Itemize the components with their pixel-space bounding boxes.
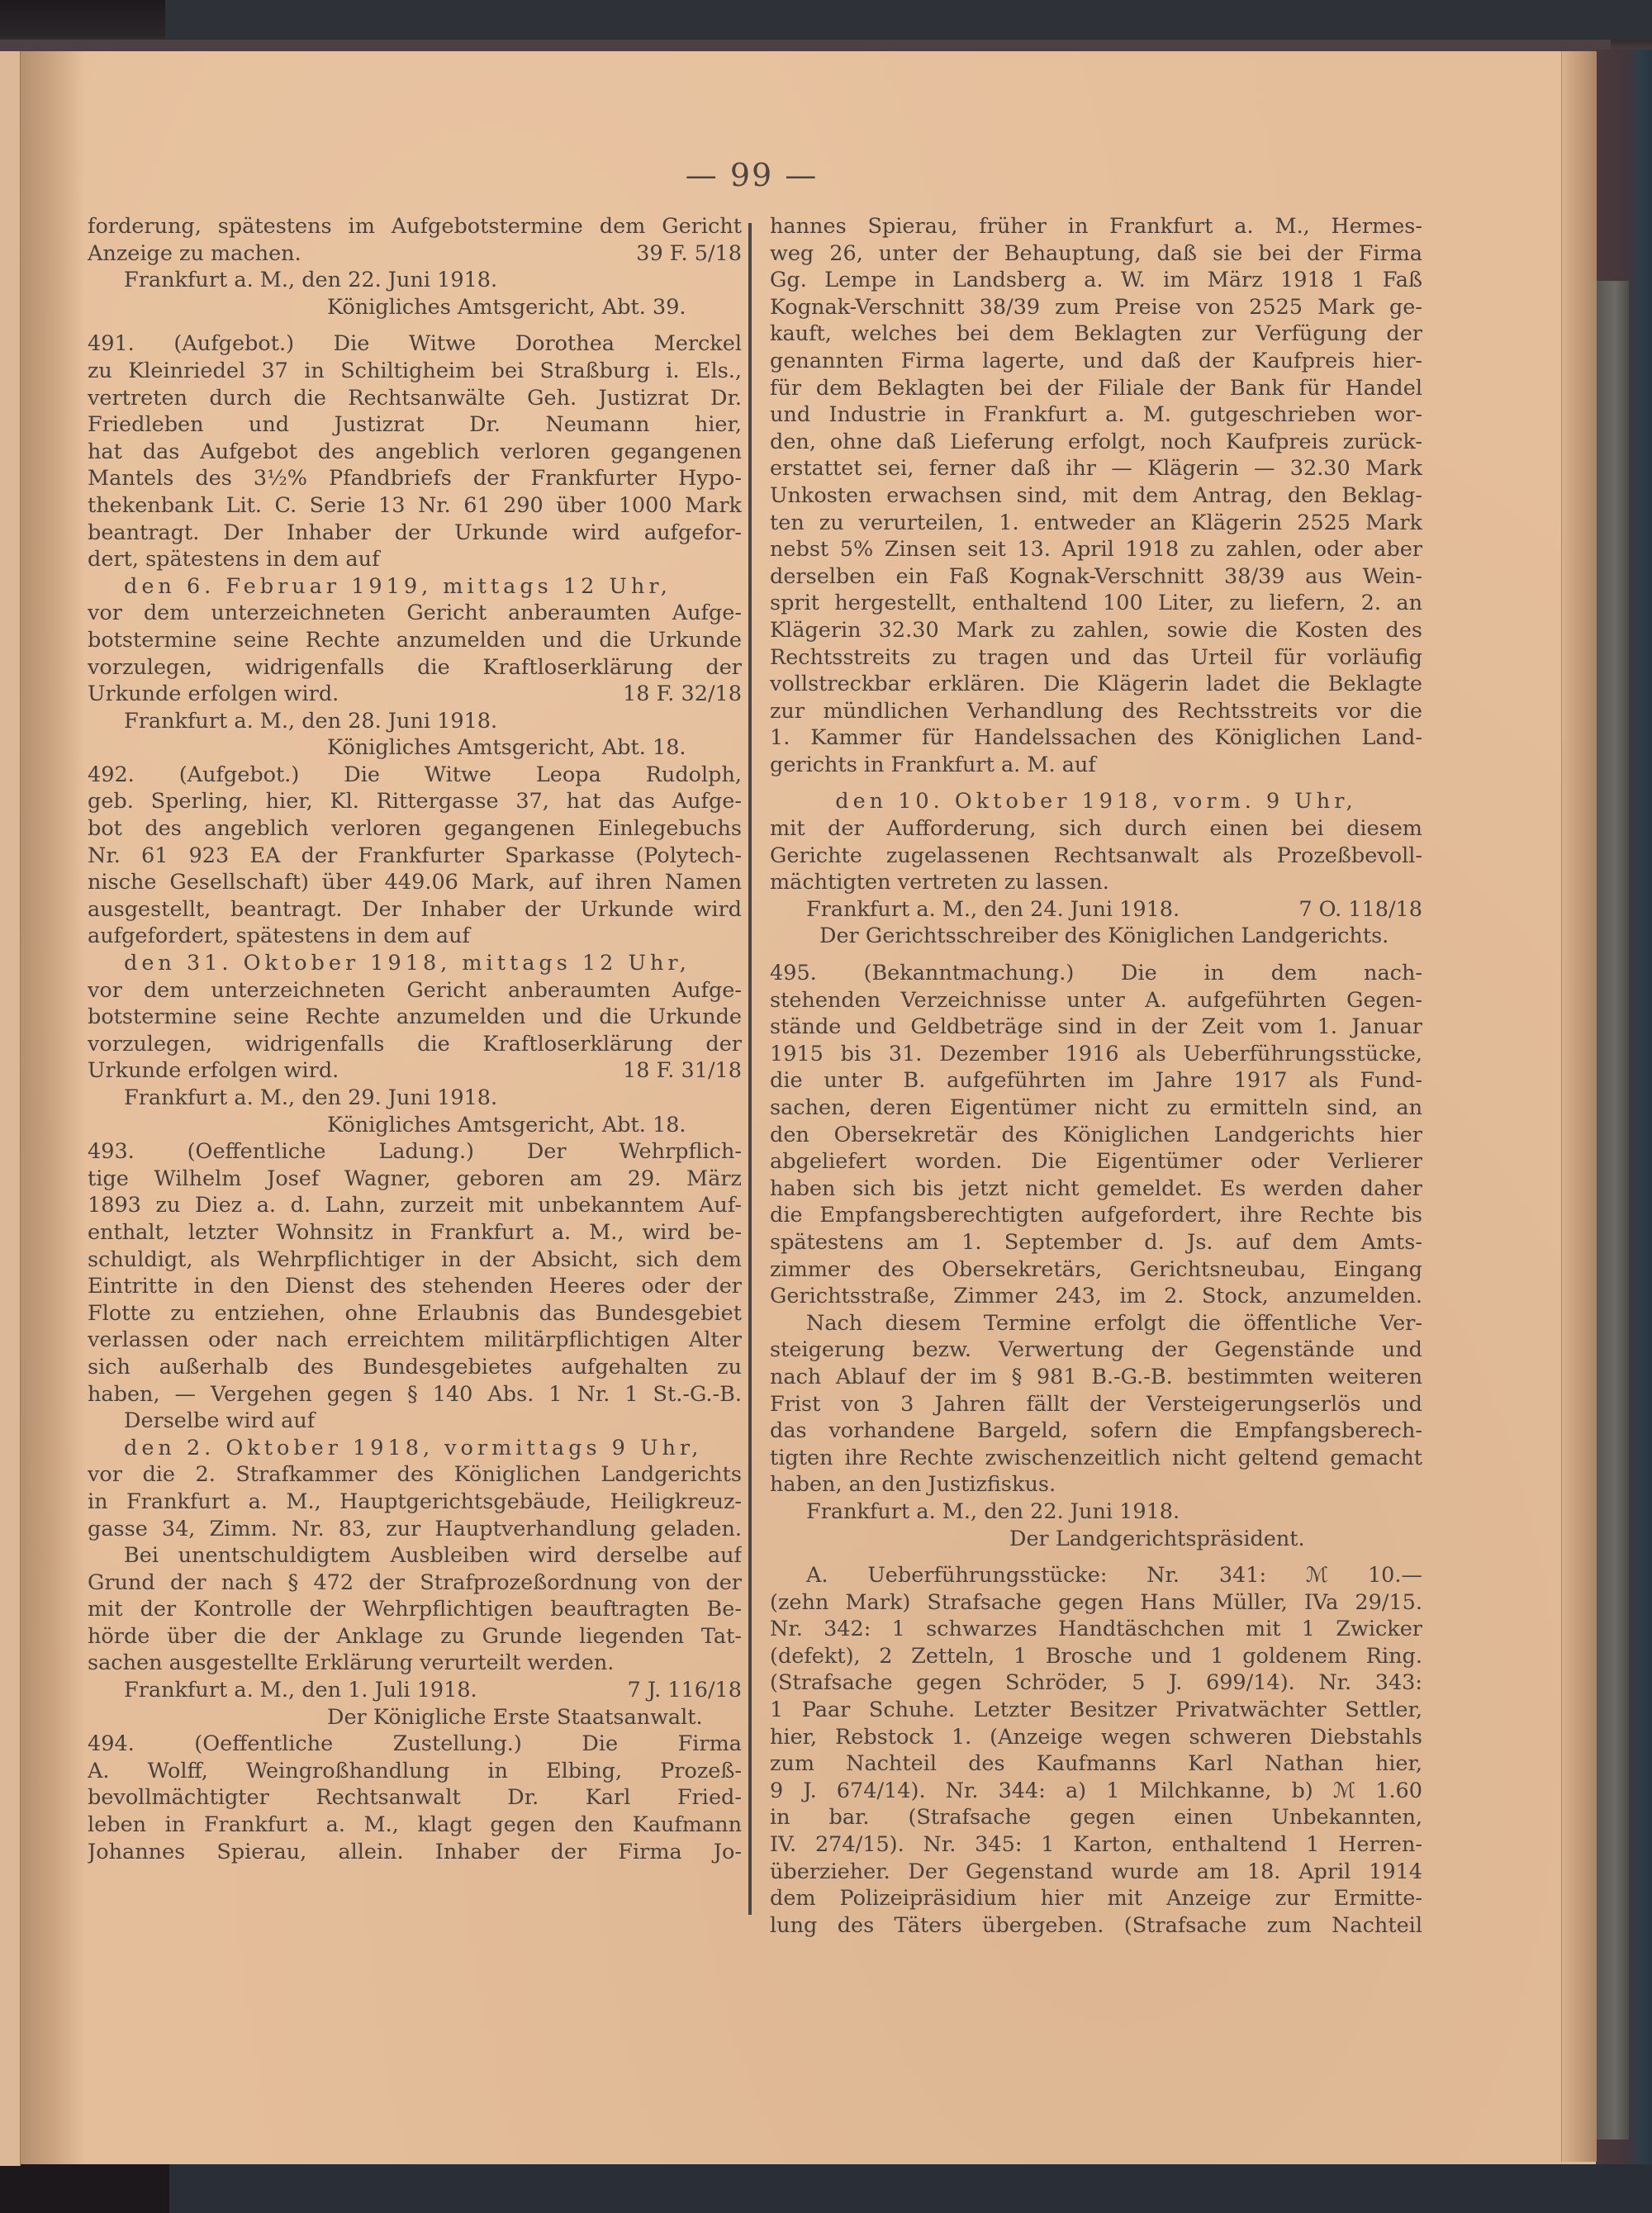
text-line: Urkunde erfolgen wird. (88, 681, 339, 708)
text-line: hat das Aufgebot des angeblich verloren … (88, 439, 742, 466)
page-fold-shadow (20, 51, 86, 2164)
text-line: ausgestellt, beantragt. Der Inhaber der … (88, 896, 742, 924)
text-line-with-ref: Urkunde erfolgen wird. 18 F. 31/18 (88, 1057, 742, 1085)
page-number: — 99 — (644, 157, 859, 193)
text-line: bevollmächtigter Rechtsanwalt Dr. Karl F… (88, 1784, 742, 1812)
text-line: botstermine seine Rechte anzumelden und … (88, 627, 742, 654)
text-line: nach Ablauf der im § 981 B.-G.-B. bestim… (770, 1364, 1422, 1391)
text-line: 1915 bis 31. Dezember 1916 als Ueberführ… (770, 1041, 1422, 1068)
text-line: Gerichtsstraße, Zimmer 243, im 2. Stock,… (770, 1283, 1422, 1310)
text-line: dem Polizeipräsidium hier mit Anzeige zu… (770, 1885, 1422, 1912)
place-date: Frankfurt a. M., den 22. Juni 1918. (770, 1498, 1422, 1526)
binding-board-right (1596, 281, 1629, 2139)
text-line: mächtigten vertreten zu lassen. (770, 869, 1422, 896)
text-line: leben in Frankfurt a. M., klagt gegen de… (88, 1812, 742, 1839)
text-line: haben, — Vergehen gegen § 140 Abs. 1 Nr.… (88, 1381, 742, 1408)
text-line: Nach diesem Termine erfolgt die öffentli… (770, 1310, 1422, 1337)
text-line: nebst 5% Zinsen seit 13. April 1918 zu z… (770, 536, 1422, 563)
text-line: derselben ein Faß Kognak-Verschnitt 38/3… (770, 563, 1422, 591)
text-line: die Empfangsberechtigten aufgefordert, i… (770, 1202, 1422, 1229)
hearing-date: den 2. Oktober 1918, vormittags 9 Uhr, (88, 1435, 742, 1462)
text-line: mit der Kontrolle der Wehrpflichtigen be… (88, 1596, 742, 1623)
text-line: weg 26, unter der Behauptung, daß sie be… (770, 240, 1422, 268)
text-line: erstattet sei, ferner daß ihr — Klägerin… (770, 455, 1422, 482)
hearing-date: den 10. Oktober 1918, vorm. 9 Uhr, (770, 788, 1422, 815)
notice-492: 492. (Aufgebot.) Die Witwe Leopa Rudolph… (88, 762, 742, 1138)
text-line: genannten Firma lagerte, und daß der Kau… (770, 348, 1422, 375)
text-line: beantragt. Der Inhaber der Urkunde wird … (88, 520, 742, 547)
text-line: vertreten durch die Rechtsanwälte Geh. J… (88, 385, 742, 412)
notice-491: 491. (Aufgebot.) Die Witwe Dorothea Merc… (88, 330, 742, 762)
text-line: A. Wolff, Weingroßhandlung in Elbing, Pr… (88, 1758, 742, 1785)
place-date: Frankfurt a. M., den 22. Juni 1918. (88, 267, 742, 294)
book-cover-bottom-left (0, 2164, 169, 2213)
text-line: Rechtsstreits zu tragen und das Urteil f… (770, 644, 1422, 672)
text-line: stände und Geldbeträge sind in der Zeit … (770, 1014, 1422, 1041)
text-line: zur mündlichen Verhandlung des Rechtsstr… (770, 698, 1422, 725)
notice-494: 494. (Oeffentliche Zustellung.) Die Firm… (88, 1731, 742, 1865)
text-line: sachen, deren Eigentümer nicht zu ermitt… (770, 1095, 1422, 1122)
signature: Königliches Amtsgericht, Abt. 18. (88, 1112, 742, 1139)
text-line: das vorhandene Bargeld, sofern die Empfa… (770, 1418, 1422, 1445)
text-line: Johannes Spierau, allein. Inhaber der Fi… (88, 1839, 742, 1866)
text-line: Gerichte zugelassenen Rechtsanwalt als P… (770, 843, 1422, 870)
signature: Königliches Amtsgericht, Abt. 39. (88, 294, 742, 321)
text-line: zu Kleinriedel 37 in Schiltigheim bei St… (88, 358, 742, 385)
signature: Königliches Amtsgericht, Abt. 18. (88, 734, 742, 762)
text-line: sich außerhalb des Bundesgebietes aufgeh… (88, 1354, 742, 1381)
text-line: aufgefordert, spätestens in dem auf (88, 923, 742, 950)
signature: Der Landgerichtspräsident. (770, 1526, 1422, 1553)
text-line: lung des Täters übergeben. (Strafsache z… (770, 1912, 1422, 1940)
text-line: Unkosten erwachsen sind, mit dem Antrag,… (770, 482, 1422, 510)
text-line: 1 Paar Schuhe. Letzter Besitzer Privatwä… (770, 1697, 1422, 1724)
text-line: die unter B. aufgeführten im Jahre 1917 … (770, 1067, 1422, 1095)
text-line: zimmer des Obersekretärs, Gerichtsneubau… (770, 1256, 1422, 1284)
file-reference: 7 J. 116/18 (628, 1677, 743, 1704)
text-line: schuldigt, als Wehrpflichtiger in der Ab… (88, 1247, 742, 1274)
text-line: überzieher. Der Gegenstand wurde am 18. … (770, 1859, 1422, 1886)
column-divider (748, 223, 752, 1915)
file-reference: 18 F. 32/18 (623, 681, 742, 708)
left-column: forderung, spätestens im Aufgebotstermin… (88, 213, 742, 1865)
notice-heading-line: 492. (Aufgebot.) Die Witwe Leopa Rudolph… (88, 762, 742, 789)
text-line: 1. Kammer für Handelssachen des Königlic… (770, 724, 1422, 752)
text-line: verlassen oder nach erreichtem militärpf… (88, 1327, 742, 1354)
text-line: Derselbe wird auf (88, 1408, 742, 1435)
text-line: Flotte zu entziehen, ohne Erlaubnis das … (88, 1300, 742, 1327)
text-line: steigerung bezw. Verwertung der Gegenstä… (770, 1337, 1422, 1364)
text-line: Nr. 61 923 EA der Frankfurter Sparkasse … (88, 843, 742, 870)
text-line: vorzulegen, widrigenfalls die Kraftloser… (88, 1031, 742, 1058)
text-line: vor dem unterzeichneten Gericht anberaum… (88, 977, 742, 1004)
signature: Der Gerichtsschreiber des Königlichen La… (770, 923, 1422, 950)
text-line: vorzulegen, widrigenfalls die Kraftloser… (88, 654, 742, 681)
text-line: spätestens am 1. September d. Js. auf de… (770, 1229, 1422, 1256)
notice-493: 493. (Oeffentliche Ladung.) Der Wehrpfli… (88, 1138, 742, 1731)
page-edge-stack (1561, 51, 1597, 2162)
text-line: tige Wilhelm Josef Wagner, geboren am 29… (88, 1166, 742, 1193)
file-reference: 7 O. 118/18 (1298, 896, 1422, 924)
text-line: und Industrie in Frankfurt a. M. gutgesc… (770, 401, 1422, 429)
hearing-date: den 6. Februar 1919, mittags 12 Uhr, (88, 573, 742, 601)
text-line: haben, an den Justizfiskus. (770, 1471, 1422, 1498)
text-line: mit der Aufforderung, sich durch einen b… (770, 815, 1422, 843)
text-line: Mantels des 3½% Pfandbriefs der Frankfur… (88, 465, 742, 492)
book-cover-top-cloth (165, 0, 1652, 40)
text-line: zum Nachteil des Kaufmanns Karl Nathan h… (770, 1750, 1422, 1778)
text-line: geb. Sperling, hier, Kl. Rittergasse 37,… (88, 788, 742, 815)
place-date-with-ref: Frankfurt a. M., den 1. Juli 1918. 7 J. … (88, 1677, 742, 1704)
text-line: Nr. 342: 1 schwarzes Handtäschchen mit 1… (770, 1616, 1422, 1643)
book-cover-bottom (0, 2164, 1652, 2213)
text-line: den, ohne daß Lieferung erfolgt, noch Ka… (770, 429, 1422, 456)
text-line-with-ref: Urkunde erfolgen wird. 18 F. 32/18 (88, 681, 742, 708)
text-line: stehenden Verzeichnisse unter A. aufgefü… (770, 987, 1422, 1014)
text-line: Friedleben und Justizrat Dr. Neumann hie… (88, 411, 742, 439)
text-line: 9 J. 674/14). Nr. 344: a) 1 Milchkanne, … (770, 1778, 1422, 1805)
hearing-date: den 31. Oktober 1918, mittags 12 Uhr, (88, 950, 742, 977)
text-line: nische Gesellschaft) über 449.06 Mark, a… (88, 869, 742, 896)
notice-heading-line: 495. (Bekanntmachung.) Die in dem nach- (770, 960, 1422, 987)
text-line: Grund der nach § 472 der Strafprozeßordn… (88, 1570, 742, 1597)
text-line: Gg. Lempe in Landsberg a. W. im März 191… (770, 267, 1422, 294)
text-line: hannes Spierau, früher in Frankfurt a. M… (770, 213, 1422, 240)
text-line: Bei unentschuldigtem Ausbleiben wird der… (88, 1542, 742, 1570)
list-heading-line: A. Ueberführungsstücke: Nr. 341: ℳ 10.— (770, 1562, 1422, 1589)
text-line: den Obersekretär des Königlichen Landger… (770, 1122, 1422, 1149)
notice-heading-line: 493. (Oeffentliche Ladung.) Der Wehrpfli… (88, 1138, 742, 1166)
text-line: sachen ausgestellte Erklärung verurteilt… (88, 1650, 742, 1677)
text-line: botstermine seine Rechte anzumelden und … (88, 1004, 742, 1031)
text-line: für dem Beklagten bei der Filiale der Ba… (770, 375, 1422, 402)
text-line: Urkunde erfolgen wird. (88, 1057, 339, 1085)
file-reference: 18 F. 31/18 (623, 1057, 742, 1085)
text-line: gerichts in Frankfurt a. M. auf (770, 752, 1422, 779)
text-line-with-ref: Anzeige zu machen. 39 F. 5/18 (88, 240, 742, 268)
right-column: hannes Spierau, früher in Frankfurt a. M… (770, 213, 1422, 1939)
text-line: Klägerin 32.30 Mark zu zahlen, sowie die… (770, 617, 1422, 644)
text-line: (Strafsache gegen Schröder, 5 J. 699/14)… (770, 1669, 1422, 1697)
notice-495: 495. (Bekanntmachung.) Die in dem nach- … (770, 960, 1422, 1939)
text-line: in bar. (Strafsache gegen einen Unbekann… (770, 1804, 1422, 1831)
text-line: (zehn Mark) Strafsache gegen Hans Müller… (770, 1589, 1422, 1617)
text-line: vor die 2. Strafkammer des Königlichen L… (88, 1461, 742, 1489)
text-line: hörde über die der Anklage zu Grunde lie… (88, 1623, 742, 1650)
text-line: 1893 zu Diez a. d. Lahn, zurzeit mit unb… (88, 1192, 742, 1219)
text-line: (defekt), 2 Zetteln, 1 Brosche und 1 gol… (770, 1643, 1422, 1670)
text-line: Eintritte in den Dienst des stehenden He… (88, 1273, 742, 1300)
text-line: vollstreckbar erklären. Die Klägerin lad… (770, 671, 1422, 698)
text-line: tigten ihre Rechte zwischenzeitlich nich… (770, 1445, 1422, 1472)
place-date: Frankfurt a. M., den 28. Juni 1918. (88, 708, 742, 735)
text-line: Anzeige zu machen. (88, 240, 301, 268)
text-line: IV. 274/15). Nr. 345: 1 Karton, enthalte… (770, 1831, 1422, 1859)
text-line: thekenbank Lit. C. Serie 13 Nr. 61 290 ü… (88, 492, 742, 520)
text-line: forderung, spätestens im Aufgebotstermin… (88, 213, 742, 240)
notice-494-continued: hannes Spierau, früher in Frankfurt a. M… (770, 213, 1422, 950)
place-date: Frankfurt a. M., den 29. Juni 1918. (88, 1085, 742, 1112)
text-line: dert, spätestens in dem auf (88, 546, 742, 573)
text-line: Kognak-Verschnitt 38/39 zum Preise von 2… (770, 294, 1422, 321)
text-line: in Frankfurt a. M., Hauptgerichtsgebäude… (88, 1489, 742, 1516)
text-line: kauft, welches bei dem Beklagten zur Ver… (770, 321, 1422, 348)
text-line: abgeliefert worden. Die Eigentümer oder … (770, 1148, 1422, 1175)
list-a-evidence: A. Ueberführungsstücke: Nr. 341: ℳ 10.— … (770, 1562, 1422, 1939)
text-line: Frist von 3 Jahren fällt der Versteigeru… (770, 1391, 1422, 1418)
text-line: enthalt, letzter Wohnsitz in Frankfurt a… (88, 1219, 742, 1247)
signature: Der Königliche Erste Staatsanwalt. (88, 1704, 742, 1731)
file-reference: 39 F. 5/18 (636, 240, 742, 268)
place-date: Frankfurt a. M., den 24. Juni 1918. (806, 896, 1180, 924)
text-line: vor dem unterzeichneten Gericht anberaum… (88, 600, 742, 627)
text-line: bot des angeblich verloren gegangenen Ei… (88, 815, 742, 843)
text-line: gasse 34, Zimm. Nr. 83, zur Hauptverhand… (88, 1516, 742, 1543)
text-line: sprit hergestellt, enthaltend 100 Liter,… (770, 590, 1422, 617)
place-date-with-ref: Frankfurt a. M., den 24. Juni 1918. 7 O.… (770, 896, 1422, 924)
text-line: ten zu verurteilen, 1. entweder an Kläge… (770, 510, 1422, 537)
text-line: hier, Rebstock 1. (Anzeige wegen schwere… (770, 1724, 1422, 1751)
previous-page-edge (0, 51, 21, 2166)
text-line: haben sich bis jetzt nicht gemeldet. Es … (770, 1175, 1422, 1203)
notice-heading-line: 494. (Oeffentliche Zustellung.) Die Firm… (88, 1731, 742, 1758)
notice-heading-line: 491. (Aufgebot.) Die Witwe Dorothea Merc… (88, 330, 742, 358)
place-date: Frankfurt a. M., den 1. Juli 1918. (124, 1677, 477, 1704)
